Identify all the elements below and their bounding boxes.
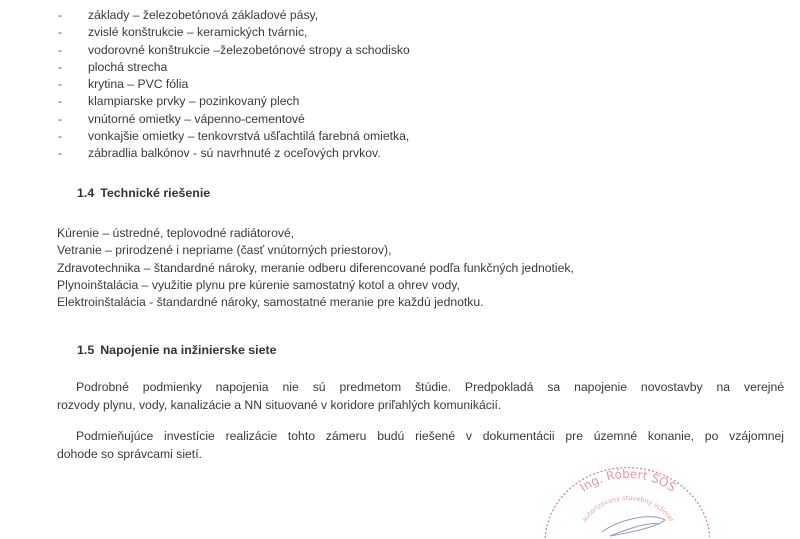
svg-text:autorizovaný stavebný inžinier: autorizovaný stavebný inžinier [580,494,675,524]
list-marker: - [58,42,68,59]
svg-text:Ing. Róbert SÓS: Ing. Róbert SÓS [577,467,678,495]
engineer-stamp: Ing. Róbert SÓS autorizovaný stavebný in… [540,462,710,539]
paragraph-investments: Podmieňujúce investície realizácie tohto… [57,428,784,463]
technical-line-electrical: Elektroinštalácia - štandardné nároky, s… [57,294,574,311]
list-marker: - [58,145,68,162]
technical-line-heating: Kúrenie – ústredné, teplovodné radiátoro… [57,225,574,242]
section-heading-utility-connections: 1.5Napojenie na inžinierske siete [77,343,277,357]
list-marker: - [58,111,68,128]
list-marker: - [58,128,68,145]
section-number: 1.5 [77,343,94,357]
section-title: Technické riešenie [100,186,210,200]
section-title: Napojenie na inžinierske siete [100,343,276,357]
technical-solution-lines: Kúrenie – ústredné, teplovodné radiátoro… [57,225,574,311]
technical-line-plumbing: Zdravotechnika – štandardné nároky, mera… [57,260,574,277]
list-marker: - [58,7,68,24]
list-marker: - [58,76,68,93]
section-heading-technical-solution: 1.4Technické riešenie [77,186,210,200]
technical-line-ventilation: Vetranie – prirodzené i nepriame (časť v… [57,242,574,259]
section-number: 1.4 [77,186,94,200]
stamp-seal-icon: Ing. Róbert SÓS autorizovaný stavebný in… [540,462,710,539]
list-marker: - [58,59,68,76]
technical-line-gas: Plynoinštalácia – využitie plynu pre kúr… [57,277,574,294]
list-marker: - [58,93,68,110]
list-marker: - [58,24,68,41]
paragraph-connection-conditions: Podrobné podmienky napojenia nie sú pred… [57,379,784,414]
